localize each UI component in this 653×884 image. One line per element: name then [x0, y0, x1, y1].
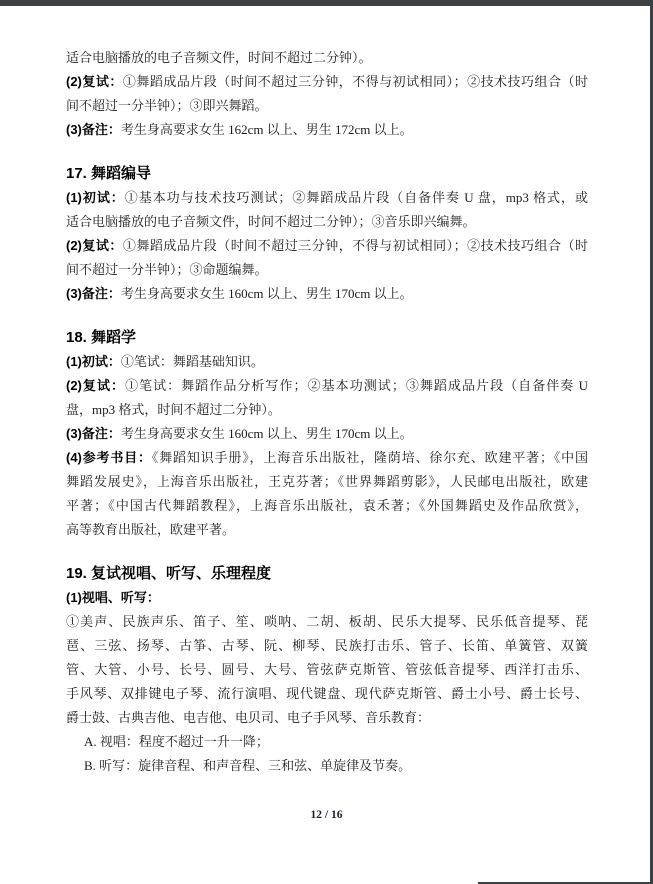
text-line: 间不超过一分半钟）；③即兴舞蹈。 [66, 94, 588, 118]
line-text: 《舞蹈知识手册》，上海音乐出版社，隆荫培、徐尔充、欧建平著；《中国 [152, 450, 588, 465]
line-text: 考生身高要求女生 160cm 以上、男生 170cm 以上。 [121, 286, 413, 301]
line-label: (4)参考书目： [66, 450, 152, 465]
section-block-16-continued: 适合电脑播放的电子音频文件，时间不超过二分钟）。 (2)复试：①舞蹈成品片段（时… [66, 46, 588, 142]
section-block-19: 19. 复试视唱、听写、乐理程度 (1)视唱、听写： ①美声、民族声乐、笛子、笙… [66, 562, 588, 778]
line-text: 爵士鼓、古典吉他、电吉他、电贝司、电子手风琴、音乐教育： [66, 710, 430, 725]
line-text: A. 视唱：程度不超过一升一降； [84, 734, 269, 749]
line-label: (3)备注： [66, 122, 121, 137]
line-label: (2)复试： [66, 74, 123, 89]
page-number: 12 / 16 [0, 806, 653, 824]
text-line: A. 视唱：程度不超过一升一降； [66, 730, 588, 754]
text-line: (4)参考书目：《舞蹈知识手册》，上海音乐出版社，隆荫培、徐尔充、欧建平著；《中… [66, 446, 588, 470]
line-label: (3)备注： [66, 286, 121, 301]
line-label: (2)复试： [66, 238, 123, 253]
text-line: 手风琴、双排键电子琴、流行演唱、现代键盘、现代萨克斯管、爵士小号、爵士长号、 [66, 682, 588, 706]
line-text: 考生身高要求女生 162cm 以上、男生 172cm 以上。 [121, 122, 413, 137]
line-label: (1)初试： [66, 354, 121, 369]
line-text: ①美声、民族声乐、笛子、笙、唢呐、二胡、板胡、民乐大提琴、民乐低音提琴、琵 [66, 614, 588, 629]
text-line: (1)初试：①笔试：舞蹈基础知识。 [66, 350, 588, 374]
text-line: 平著；《中国古代舞蹈教程》，上海音乐出版社，袁禾著；《外国舞蹈史及作品欣赏》， [66, 494, 588, 518]
text-line: 盘，mp3 格式，时间不超过二分钟）。 [66, 398, 588, 422]
text-line: (2)复试：①舞蹈成品片段（时间不超过三分钟，不得与初试相同）；②技术技巧组合（… [66, 234, 588, 258]
section-block-18: 18. 舞蹈学 (1)初试：①笔试：舞蹈基础知识。 (2)复试：①笔试：舞蹈作品… [66, 326, 588, 542]
text-line: 适合电脑播放的电子音频文件，时间不超过二分钟）。 [66, 46, 588, 70]
line-label: (1)视唱、听写： [66, 590, 160, 605]
text-line: 高等教育出版社，欧建平著。 [66, 518, 588, 542]
line-text: ①舞蹈成品片段（时间不超过三分钟，不得与初试相同）；②技术技巧组合（时 [123, 74, 588, 89]
line-label: (2)复试： [66, 378, 125, 393]
line-text: 考生身高要求女生 160cm 以上、男生 170cm 以上。 [121, 426, 413, 441]
line-text: 高等教育出版社，欧建平著。 [66, 522, 235, 537]
text-line: 间不超过一分半钟）；③命题编舞。 [66, 258, 588, 282]
line-text: ①笔试：舞蹈基础知识。 [121, 354, 264, 369]
text-line: (2)复试：①舞蹈成品片段（时间不超过三分钟，不得与初试相同）；②技术技巧组合（… [66, 70, 588, 94]
line-text: 间不超过一分半钟）；③命题编舞。 [66, 262, 268, 277]
text-line: 适合电脑播放的电子音频文件，时间不超过二分钟）；③音乐即兴编舞。 [66, 210, 588, 234]
text-line: 舞蹈发展史》，上海音乐出版社，王克芬著；《世界舞蹈剪影》，人民邮电出版社，欧建 [66, 470, 588, 494]
text-line: B. 听写：旋律音程、和声音程、三和弦、单旋律及节奏。 [66, 754, 588, 778]
line-label: (3)备注： [66, 426, 121, 441]
line-text: B. 听写：旋律音程、和声音程、三和弦、单旋律及节奏。 [84, 758, 411, 773]
text-line: 管、大管、小号、长号、圆号、大号、管弦萨克斯管、管弦低音提琴、西洋打击乐、 [66, 658, 588, 682]
text-line: (1)视唱、听写： [66, 586, 588, 610]
text-line: (2)复试：①笔试：舞蹈作品分析写作；②基本功测试；③舞蹈成品片段（自备伴奏 U [66, 374, 588, 398]
document-body: 适合电脑播放的电子音频文件，时间不超过二分钟）。 (2)复试：①舞蹈成品片段（时… [66, 46, 588, 798]
line-text: 适合电脑播放的电子音频文件，时间不超过二分钟）。 [66, 50, 372, 65]
line-text: 盘，mp3 格式，时间不超过二分钟）。 [66, 402, 281, 417]
text-line: ①美声、民族声乐、笛子、笙、唢呐、二胡、板胡、民乐大提琴、民乐低音提琴、琵 [66, 610, 588, 634]
text-line: 琶、三弦、扬琴、古筝、古琴、阮、柳琴、民族打击乐、管子、长笛、单簧管、双簧 [66, 634, 588, 658]
viewer-top-edge [0, 0, 653, 6]
text-line: (1)初试：①基本功与技术技巧测试；②舞蹈成品片段（自备伴奏 U 盘，mp3 格… [66, 186, 588, 210]
section-block-17: 17. 舞蹈编导 (1)初试：①基本功与技术技巧测试；②舞蹈成品片段（自备伴奏 … [66, 162, 588, 306]
line-text: 适合电脑播放的电子音频文件，时间不超过二分钟）；③音乐即兴编舞。 [66, 214, 476, 229]
text-line: (3)备注：考生身高要求女生 160cm 以上、男生 170cm 以上。 [66, 422, 588, 446]
line-text: 管、大管、小号、长号、圆号、大号、管弦萨克斯管、管弦低音提琴、西洋打击乐、 [66, 662, 588, 677]
text-line: 爵士鼓、古典吉他、电吉他、电贝司、电子手风琴、音乐教育： [66, 706, 588, 730]
line-text: 琶、三弦、扬琴、古筝、古琴、阮、柳琴、民族打击乐、管子、长笛、单簧管、双簧 [66, 638, 588, 653]
section-heading: 19. 复试视唱、听写、乐理程度 [66, 562, 588, 586]
line-text: 平著；《中国古代舞蹈教程》，上海音乐出版社，袁禾著；《外国舞蹈史及作品欣赏》， [66, 498, 588, 513]
line-text: 舞蹈发展史》，上海音乐出版社，王克芬著；《世界舞蹈剪影》，人民邮电出版社，欧建 [66, 474, 588, 489]
line-label: (1)初试： [66, 190, 125, 205]
section-heading: 18. 舞蹈学 [66, 326, 588, 350]
text-line: (3)备注：考生身高要求女生 160cm 以上、男生 170cm 以上。 [66, 282, 588, 306]
text-line: (3)备注：考生身高要求女生 162cm 以上、男生 172cm 以上。 [66, 118, 588, 142]
line-text: ①舞蹈成品片段（时间不超过三分钟，不得与初试相同）；②技术技巧组合（时 [123, 238, 588, 253]
line-text: ①基本功与技术技巧测试；②舞蹈成品片段（自备伴奏 U 盘，mp3 格式，或 [125, 190, 588, 205]
section-heading: 17. 舞蹈编导 [66, 162, 588, 186]
line-text: 手风琴、双排键电子琴、流行演唱、现代键盘、现代萨克斯管、爵士小号、爵士长号、 [66, 686, 588, 701]
line-text: ①笔试：舞蹈作品分析写作；②基本功测试；③舞蹈成品片段（自备伴奏 U [125, 378, 588, 393]
line-text: 间不超过一分半钟）；③即兴舞蹈。 [66, 98, 268, 113]
